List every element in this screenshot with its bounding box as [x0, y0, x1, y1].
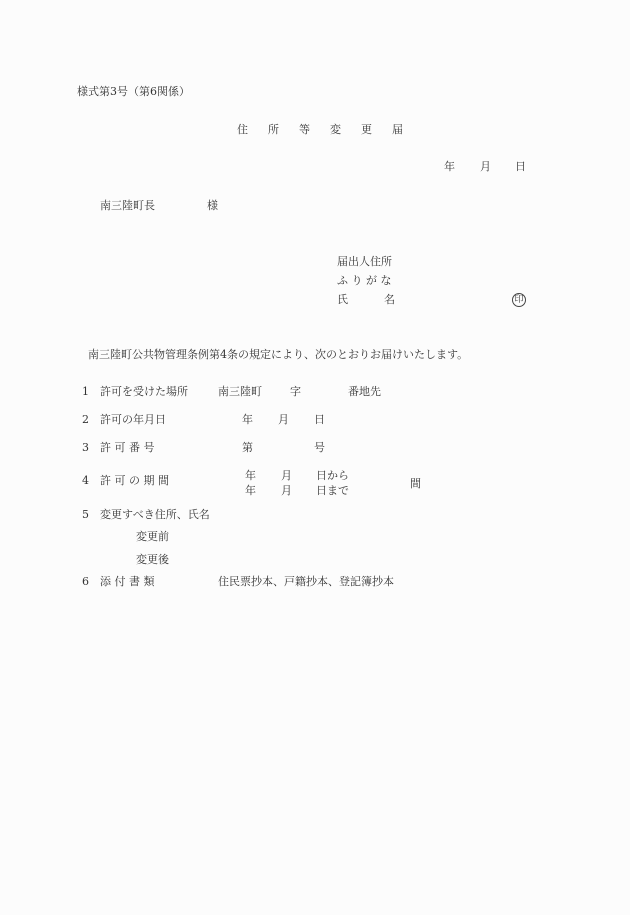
item6-number: 6 [82, 575, 89, 589]
item4-to-day: 日まで [316, 484, 349, 498]
document-title: 住所等変更届 [237, 123, 403, 137]
item2-year: 年 [242, 413, 253, 427]
intro-text: 南三陸町公共物管理条例第4条の規定により、次のとおりお届けいたします。 [88, 348, 468, 362]
title-char: 所 [268, 123, 279, 136]
title-char: 変 [330, 123, 341, 136]
item5-before: 変更前 [136, 530, 169, 544]
applicant-name-label-2: 名 [384, 293, 395, 307]
addressee-honorific: 様 [207, 199, 218, 213]
item1-town: 南三陸町 [218, 385, 262, 399]
title-char: 届 [392, 123, 403, 136]
item6-label: 添 付 書 類 [100, 575, 155, 589]
item6-value: 住民票抄本、戸籍抄本、登記簿抄本 [218, 575, 394, 589]
item4-from-month: 月 [281, 469, 292, 483]
item2-number: 2 [82, 413, 89, 427]
item4-to-month: 月 [281, 484, 292, 498]
item2-month: 月 [278, 413, 289, 427]
item3-dai: 第 [242, 441, 253, 455]
item3-label: 許 可 番 号 [100, 441, 155, 455]
item5-number: 5 [82, 508, 89, 522]
item1-aza: 字 [290, 385, 301, 399]
item4-from-year: 年 [245, 469, 256, 483]
item1-number: 1 [82, 385, 89, 399]
title-char: 住 [237, 123, 248, 136]
date-month: 月 [480, 160, 491, 174]
item1-label: 許可を受けた場所 [100, 385, 188, 399]
item4-from-day: 日から [316, 469, 349, 483]
item1-banchi: 番地先 [348, 385, 381, 399]
item5-label: 変更すべき住所、氏名 [100, 508, 210, 522]
item2-label: 許可の年月日 [100, 413, 166, 427]
date-year: 年 [444, 160, 455, 174]
applicant-name-label-1: 氏 [337, 293, 348, 307]
title-char: 更 [361, 123, 372, 136]
item3-number: 3 [82, 441, 89, 455]
item4-label: 許 可 の 期 間 [100, 474, 169, 488]
item4-duration: 間 [410, 477, 421, 491]
item5-after: 変更後 [136, 553, 169, 567]
applicant-furigana-label: ふ り が な [337, 274, 392, 288]
applicant-address-label: 届出人住所 [337, 255, 392, 269]
seal-icon: 印 [512, 293, 526, 307]
addressee-name: 南三陸町長 [100, 199, 155, 213]
item2-day: 日 [314, 413, 325, 427]
item4-number: 4 [82, 474, 89, 488]
title-char: 等 [299, 123, 310, 136]
item4-to-year: 年 [245, 484, 256, 498]
item3-go: 号 [314, 441, 325, 455]
date-day: 日 [515, 160, 526, 174]
form-number: 様式第3号（第6関係） [77, 85, 190, 99]
